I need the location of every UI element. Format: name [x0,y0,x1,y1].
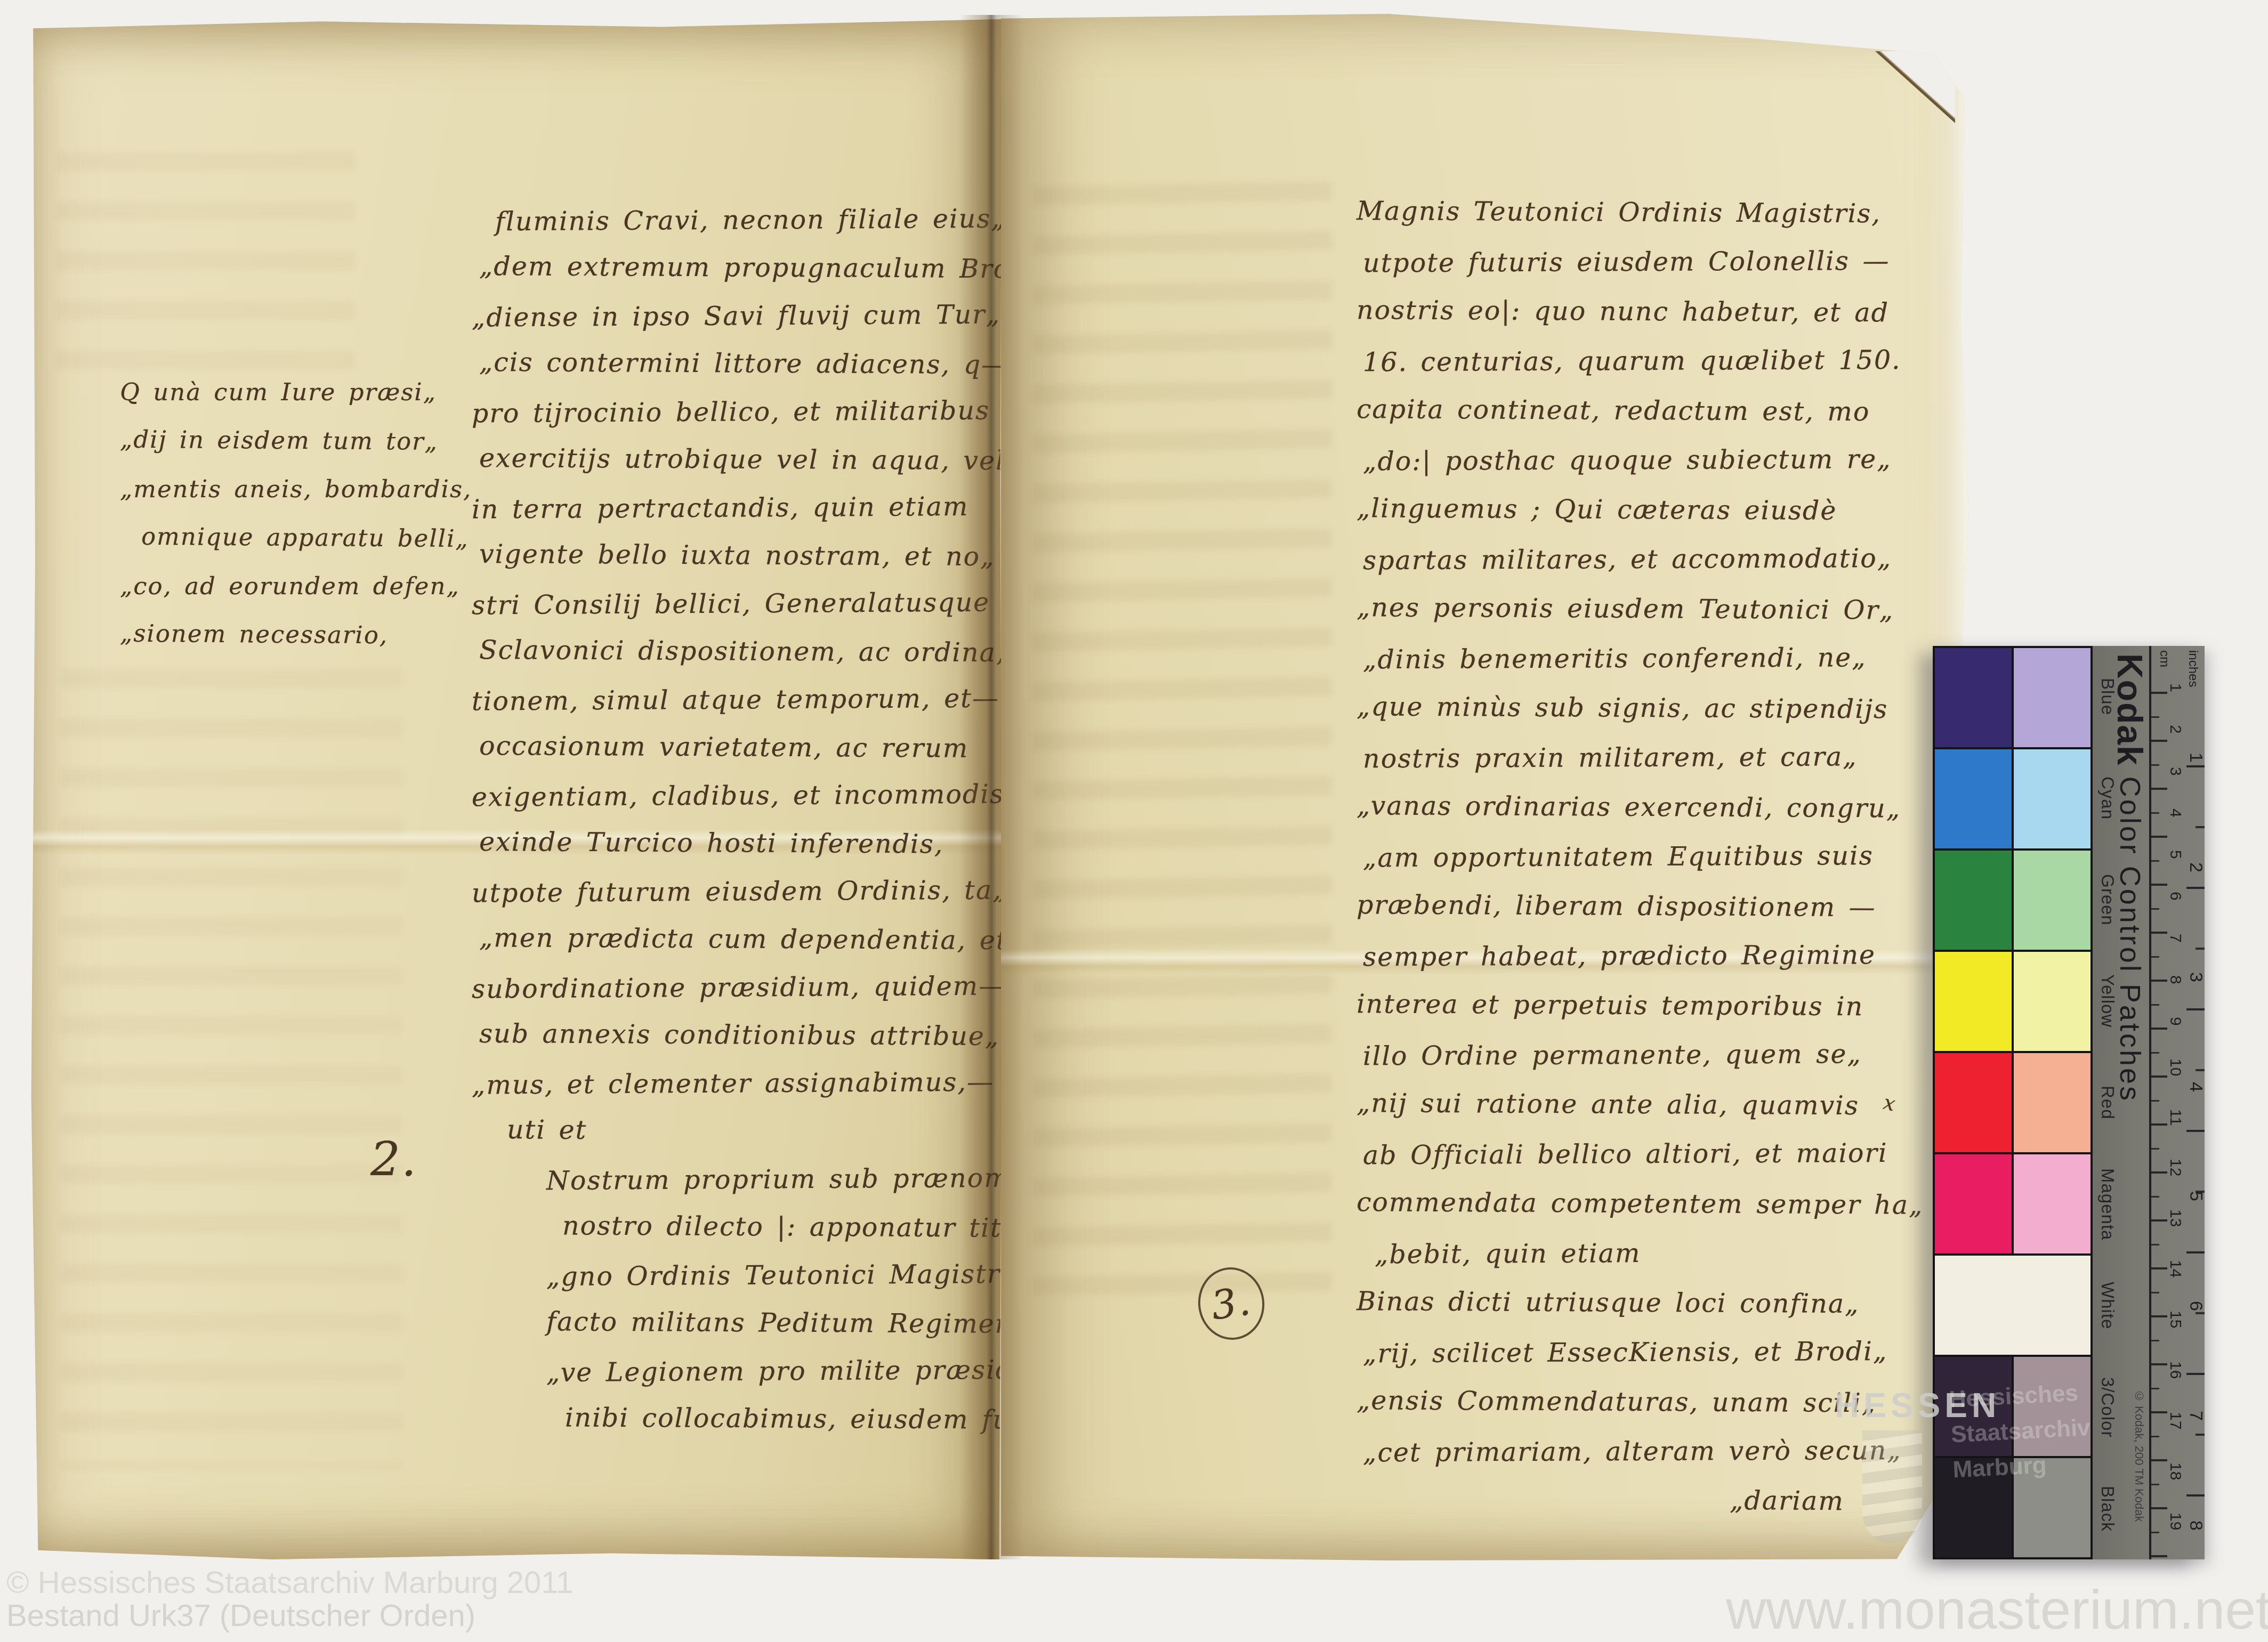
left-page-main-text: fluminis Cravi, necnon filiale eius„„dem… [472,196,1094,1443]
manuscript-line: „linguemus ; Qui cæteras eiusdè [1357,483,1924,536]
kodak-color-control-strip: BlueCyanGreenYellowRedMagentaWhite3/Colo… [1933,646,2205,1559]
manuscript-line: „ensis Commendaturas, unam scili„ [1357,1376,1924,1428]
manuscript-line: „dij in eisdem tum tor„ [120,415,472,466]
cm-number: 1 [2166,683,2184,692]
patch-blue-dark [1935,648,2014,747]
ruler-unit-inches: inches [2185,650,2200,687]
inch-number: 7 [2185,1411,2206,1421]
archive-copyright-line2: Bestand Urk37 (Deutscher Orden) [6,1598,475,1633]
cm-number: 14 [2166,1260,2184,1277]
cm-number: 2 [2166,725,2184,734]
manuscript-line: „cet primariam, alteram verò secun„ [1363,1426,1924,1478]
manuscript-page-right: Magnis Teutonici Ordinis Magistris,utpot… [1001,14,1968,1562]
cm-number: 15 [2166,1311,2184,1328]
manuscript-line: „nes personis eiusdem Teutonici Or„ [1357,583,1924,635]
bleedthrough-ghost [61,669,402,1469]
manuscript-line: exigentiam, cladibus, et incommodis [472,770,1094,821]
cm-number: 19 [2166,1512,2184,1530]
manuscript-line: utpote futurum eiusdem Ordinis, ta„ [472,866,1094,917]
cm-number: 4 [2166,808,2184,818]
patch-black-gray [2014,1458,2091,1557]
cm-number: 3 [2166,767,2184,776]
section-number-3: 3. [1193,1263,1269,1344]
manuscript-line: nostris praxin militarem, et cara„ [1363,732,1924,784]
manuscript-line: commendata competentem semper ha„ [1357,1177,1924,1230]
cm-number: 18 [2166,1462,2184,1480]
patch-label: Magenta [2095,1153,2120,1255]
manuscript-line: „rij, scilicet EssecKiensis, et Brodi„ [1363,1326,1924,1379]
manuscript-line: „diense in ipso Savi fluvij cum Tur„ [472,290,1094,342]
manuscript-line: „co, ad eorundem defen„ [120,562,472,610]
cm-number: 8 [2166,975,2184,984]
patch-magenta-dark [1935,1154,2014,1253]
cm-number: 5 [2166,850,2184,859]
ruler-inch-numbers: 12345678 [2185,753,2206,1531]
patch-row-white [1935,1256,2091,1357]
manuscript-line: „vanas ordinarias exercendi, congru„ [1357,781,1924,834]
manuscript-page-left: Q unà cum Iure præsi„„dij in eisdem tum … [29,19,1002,1559]
manuscript-line: spartas militares, et accommodatio„ [1363,533,1924,586]
manuscript-line: „sionem necessario, [120,609,472,660]
patch-row-yellow [1935,952,2091,1053]
manuscript-line: tionem, simul atque temporum, et— [472,674,1094,725]
inch-number: 8 [2185,1520,2206,1531]
patch-row-green [1935,851,2091,952]
cm-number: 17 [2166,1412,2184,1429]
patch-white [1935,1256,2013,1355]
cm-number: 11 [2166,1109,2184,1126]
patch-magenta-light [2014,1154,2091,1253]
inch-number: 2 [2185,862,2206,872]
archive-copyright-line1: © Hessisches Staatsarchiv Marburg 2011 [6,1565,574,1600]
manuscript-line: illo Ordine permanente, quem se„ [1363,1029,1924,1081]
inch-number: 3 [2185,972,2206,982]
manuscript-line: pro tijrocinio bellico, et militaribus [472,386,1094,438]
manuscript-line: „bebit, quin etiam [1375,1227,1924,1279]
cm-number: 16 [2166,1361,2184,1379]
hessen-coat-of-arms [1862,1430,1922,1543]
section-number-2: 2. [370,1132,417,1187]
manuscript-line: Binas dicti utriusque loci confina„ [1357,1276,1924,1329]
right-page-main-text: Magnis Teutonici Ordinis Magistris,utpot… [1357,188,1923,1526]
patch-yellow-light [2014,952,2091,1051]
manuscript-line: „dinis benemeritis conferendi, ne„ [1363,633,1924,685]
manuscript-line: præbendi, liberam dispositionem — [1357,880,1924,933]
patch-3color-light [2014,1357,2091,1456]
patch-cyan-light [2014,749,2091,848]
manuscript-line: „mus, et clementer assignabimus,— [472,1057,1094,1109]
patch-row-cyan [1935,749,2091,851]
patch-label: White [2095,1255,2120,1356]
patch-red-light [2014,1053,2091,1152]
kodak-brand: Kodak [2110,653,2150,766]
cm-number: 9 [2166,1017,2184,1026]
manuscript-line: „do:| posthac quoque subiectum re„ [1363,434,1924,487]
cm-number: 13 [2166,1209,2184,1227]
strip-title-text: Color Control Patches [2114,766,2146,1103]
manuscript-line: „mentis aneis, bombardis, [120,465,472,513]
patch-blue-light [2014,648,2091,747]
margin-note: Q unà cum Iure præsi„„dij in eisdem tum … [120,368,472,659]
patch-yellow-dark [1935,952,2014,1051]
patch-row-black [1935,1458,2091,1557]
patch-row-blue [1935,648,2091,749]
bleedthrough-ghost [1033,182,1331,1322]
folded-corner [1875,51,1955,123]
patch-row-3color [1935,1357,2091,1458]
manuscript-line: stri Consilij bellici, Generalatusque [472,578,1094,629]
manuscript-line: omnique apparatu belli„ [141,512,472,563]
patch-label: Black [2095,1458,2120,1559]
manuscript-line: in terra pertractandis, quin etiam [472,482,1094,533]
manuscript-line: utpote futuris eiusdem Colonellis — [1363,236,1924,288]
manuscript-line: „que minùs sub signis, ac stipendijs [1357,682,1924,734]
ruler-cm-numbers: 12345678910111213141516171819 [2166,683,2184,1531]
patch-label: 3/Color [2095,1356,2120,1458]
cm-number: 12 [2166,1159,2184,1176]
patch-3color-dark [1935,1357,2014,1456]
manuscript-line: ab Officiali bellico altiori, et maiori [1363,1128,1924,1180]
patch-green-dark [1935,851,2014,950]
patch-green-light [2014,851,2091,950]
cm-number: 6 [2166,892,2184,901]
inch-number: 4 [2185,1082,2206,1092]
ruler-unit-cm: cm [2157,650,2172,667]
manuscript-line: nostris eo|: quo nunc habetur, et ad [1357,285,1924,338]
patch-cyan-dark [1935,749,2014,848]
manuscript-line: 16. centurias, quarum quælibet 150. [1363,335,1924,387]
manuscript-line: „nij sui ratione ante alia, quamvis [1357,1078,1924,1131]
monasterium-watermark: www.monasterium.net [1726,1579,2268,1642]
manuscript-line: subordinatione præsidium, quidem— [472,961,1094,1013]
cm-number: 7 [2166,934,2184,943]
manuscript-line: capita contineat, redactum est, mo [1357,384,1924,437]
patch-red-dark [1935,1053,2014,1152]
manuscript-line: Magnis Teutonici Ordinis Magistris, [1357,186,1924,239]
patch-row-magenta [1935,1154,2091,1256]
inch-number: 1 [2185,753,2206,763]
ruler-cm-half-ticks [2151,670,2159,1565]
bleedthrough-ghost [56,152,354,382]
scan-stage: Q unà cum Iure præsi„„dij in eisdem tum … [0,0,2268,1642]
color-patches-grid [1933,646,2093,1559]
manuscript-line: „am opportunitatem Equitibus suis [1363,831,1924,883]
manuscript-line: Q unà cum Iure præsi„ [120,368,472,416]
strip-ruler: cm inches 12345678910111213141516171819 … [2149,646,2205,1559]
cm-number: 10 [2166,1058,2184,1076]
strip-title: Kodak Color Control Patches [2122,653,2150,1410]
inch-number: 5 [2185,1191,2206,1201]
manuscript-line: interea et perpetuis temporibus in [1357,979,1924,1032]
patch-black [1935,1458,2014,1557]
strip-gray-bar: BlueCyanGreenYellowRedMagentaWhite3/Colo… [2093,646,2205,1559]
patch-white [2013,1256,2091,1355]
manuscript-line: semper habeat, prædicto Regimine [1363,930,1924,982]
strip-copyright: © Kodak, 200 TM Kodak [2132,1389,2146,1522]
inch-number: 6 [2185,1301,2206,1311]
patch-row-red [1935,1053,2091,1154]
